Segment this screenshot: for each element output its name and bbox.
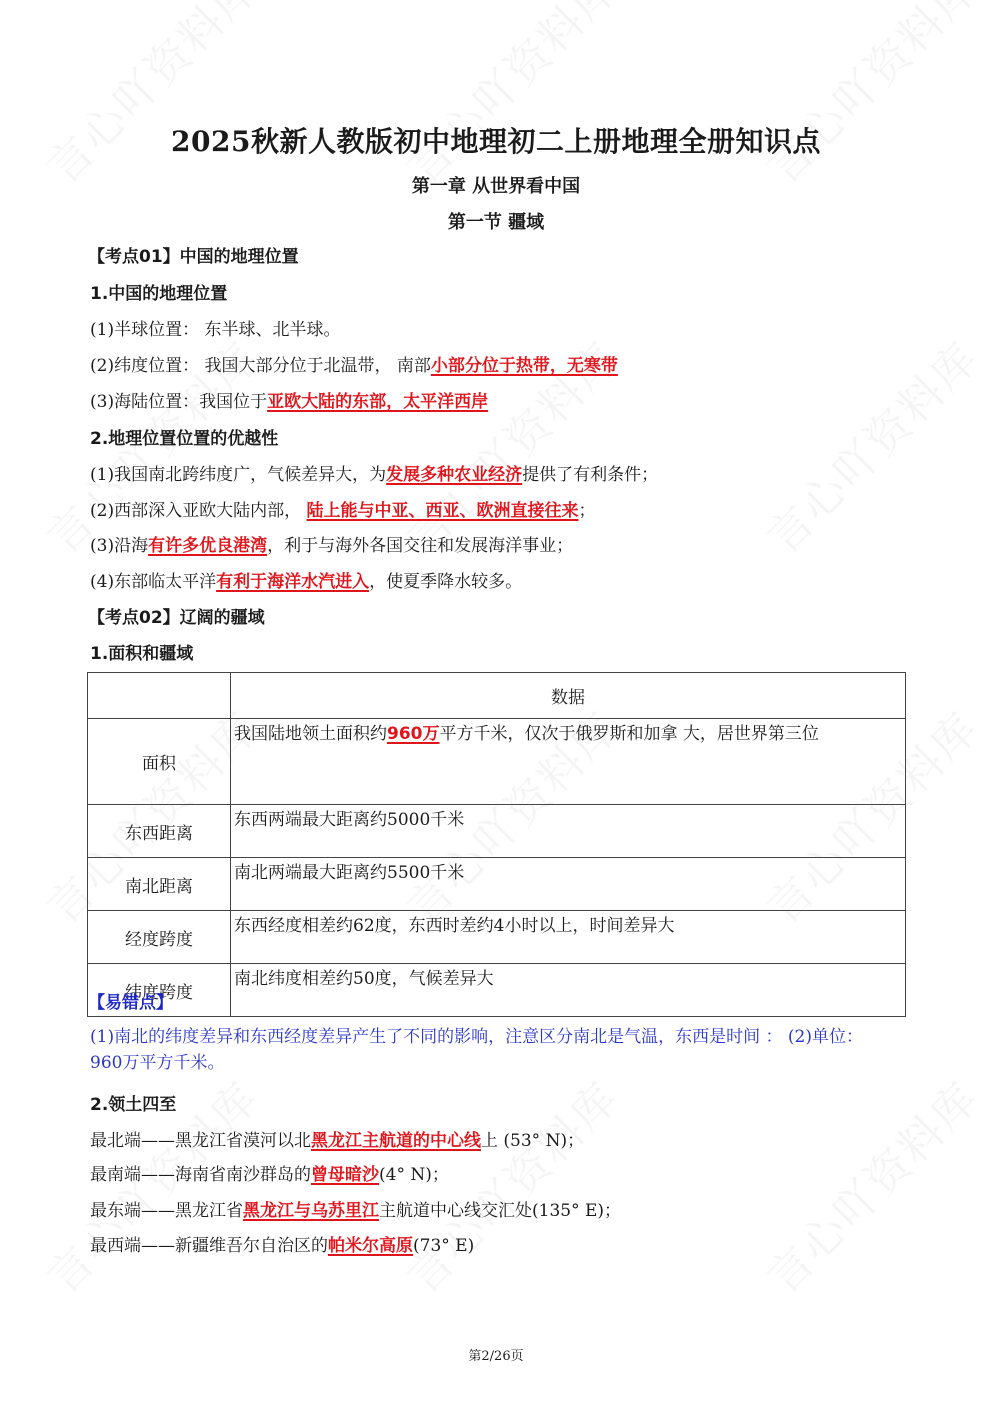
table-row: 面积 我国陆地领土面积约960万平方千米，仅次于俄罗斯和加拿 大，居世界第三位: [88, 719, 906, 805]
key-point-highlight: 960万: [387, 724, 440, 744]
item-text: 最北端——黑龙江省漠河以北: [90, 1131, 311, 1151]
row-value: 我国陆地领土面积约960万平方千米，仅次于俄罗斯和加拿 大，居世界第三位: [231, 719, 906, 805]
subheading-extremities: 2.领土四至: [90, 1090, 176, 1115]
list-item: 最东端——黑龙江省黑龙江与乌苏里江主航道中心线交汇处(135° E)；: [90, 1196, 621, 1221]
row-label: 经度跨度: [88, 911, 231, 964]
common-mistakes-text: (1)南北的纬度差异和东西经度差异产生了不同的影响，注意区分南北是气温，东西是时…: [90, 1024, 890, 1076]
subheading-area: 1.面积和疆域: [90, 639, 193, 664]
key-point-highlight: 发展多种农业经济: [386, 465, 522, 485]
list-item: 最西端——新疆维吾尔自治区的帕米尔高原(73° E): [90, 1231, 474, 1256]
table-row: 纬度跨度 南北纬度相差约50度，气候差异大: [88, 964, 906, 1017]
key-point-highlight: 黑龙江与乌苏里江: [243, 1201, 379, 1221]
list-item: (1)半球位置： 东半球、北半球。: [90, 315, 340, 340]
list-item: 最南端——海南省南沙群岛的曾母暗沙(4° N)；: [90, 1160, 449, 1185]
document-page: 2025秋新人教版初中地理初二上册地理全册知识点 第一章 从世界看中国 第一节 …: [0, 0, 992, 1403]
table-row: 经度跨度 东西经度相差约62度，东西时差约4小时以上，时间差异大: [88, 911, 906, 964]
item-text: (3)沿海: [90, 536, 148, 556]
kaodian-02-heading: 【考点02】辽阔的疆域: [88, 603, 265, 628]
page-number: 第2/26页: [0, 1345, 992, 1364]
key-point-highlight: 亚欧大陆的东部，太平洋西岸: [267, 392, 488, 412]
item-text: ，利于与海外各国交往和发展海洋事业；: [267, 536, 573, 556]
list-item: (4)东部临太平洋有利于海洋水汽进入，使夏季降水较多。: [90, 567, 522, 592]
list-item: (3)沿海有许多优良港湾，利于与海外各国交往和发展海洋事业；: [90, 531, 573, 556]
table-header-cell: 数据: [231, 673, 906, 719]
row-value: 南北两端最大距离约5500千米: [231, 858, 906, 911]
list-item: (2)西部深入亚欧大陆内部， 陆上能与中亚、西亚、欧洲直接往来；: [90, 496, 595, 521]
item-text: ；: [578, 501, 595, 521]
document-title: 2025秋新人教版初中地理初二上册地理全册知识点: [0, 120, 992, 160]
common-mistakes-heading: 【易错点】: [88, 988, 173, 1013]
subheading-advantages: 2.地理位置位置的优越性: [90, 424, 278, 449]
key-point-highlight: 有利于海洋水汽进入: [216, 572, 369, 592]
item-text: (2)西部深入亚欧大陆内部，: [90, 501, 306, 521]
list-item: (1)我国南北跨纬度广，气候差异大，为发展多种农业经济提供了有利条件；: [90, 460, 658, 485]
table-header-cell: [88, 673, 231, 719]
row-value: 南北纬度相差约50度，气候差异大: [231, 964, 906, 1017]
kaodian-01-heading: 【考点01】中国的地理位置: [88, 242, 299, 267]
item-text: (1)半球位置： 东半球、北半球。: [90, 320, 340, 340]
section-heading: 第一节 疆域: [0, 208, 992, 234]
list-item: 最北端——黑龙江省漠河以北黑龙江主航道的中心线上 (53° N)；: [90, 1126, 584, 1151]
key-point-highlight: 帕米尔高原: [328, 1236, 413, 1256]
item-text: 主航道中心线交汇处(135° E)；: [379, 1201, 621, 1221]
item-text: 上 (53° N)；: [481, 1131, 584, 1151]
item-text: (3)海陆位置：我国位于: [90, 392, 267, 412]
row-label: 面积: [88, 719, 231, 805]
item-text: 提供了有利条件；: [522, 465, 658, 485]
row-label: 东西距离: [88, 805, 231, 858]
item-text: (73° E): [413, 1236, 474, 1256]
item-text: 最南端——海南省南沙群岛的: [90, 1165, 311, 1185]
list-item: (2)纬度位置： 我国大部分位于北温带， 南部小部分位于热带，无寒带: [90, 351, 618, 376]
table-row: 东西距离 东西两端最大距离约5000千米: [88, 805, 906, 858]
key-point-highlight: 小部分位于热带，无寒带: [431, 356, 618, 376]
chapter-heading: 第一章 从世界看中国: [0, 172, 992, 198]
item-text: (1)我国南北跨纬度广，气候差异大，为: [90, 465, 386, 485]
cell-text: 平方千米，仅次于俄罗斯和加拿 大，居世界第三位: [440, 724, 819, 744]
table-row: 南北距离 南北两端最大距离约5500千米: [88, 858, 906, 911]
subheading-geo-location: 1.中国的地理位置: [90, 279, 227, 304]
territory-data-table: 数据 面积 我国陆地领土面积约960万平方千米，仅次于俄罗斯和加拿 大，居世界第…: [87, 672, 906, 1017]
list-item: (3)海陆位置：我国位于亚欧大陆的东部，太平洋西岸: [90, 387, 488, 412]
row-label: 南北距离: [88, 858, 231, 911]
cell-text: 我国陆地领土面积约: [234, 724, 387, 744]
row-value: 东西两端最大距离约5000千米: [231, 805, 906, 858]
item-text: (4° N)；: [379, 1165, 449, 1185]
item-text: ，使夏季降水较多。: [369, 572, 522, 592]
table-header-row: 数据: [88, 673, 906, 719]
row-value: 东西经度相差约62度，东西时差约4小时以上，时间差异大: [231, 911, 906, 964]
key-point-highlight: 曾母暗沙: [311, 1165, 379, 1185]
item-text: 最东端——黑龙江省: [90, 1201, 243, 1221]
item-text: 最西端——新疆维吾尔自治区的: [90, 1236, 328, 1256]
key-point-highlight: 黑龙江主航道的中心线: [311, 1131, 481, 1151]
key-point-highlight: 有许多优良港湾: [148, 536, 267, 556]
item-text: (4)东部临太平洋: [90, 572, 216, 592]
key-point-highlight: 陆上能与中亚、西亚、欧洲直接往来: [306, 501, 578, 521]
item-text: (2)纬度位置： 我国大部分位于北温带， 南部: [90, 356, 431, 376]
